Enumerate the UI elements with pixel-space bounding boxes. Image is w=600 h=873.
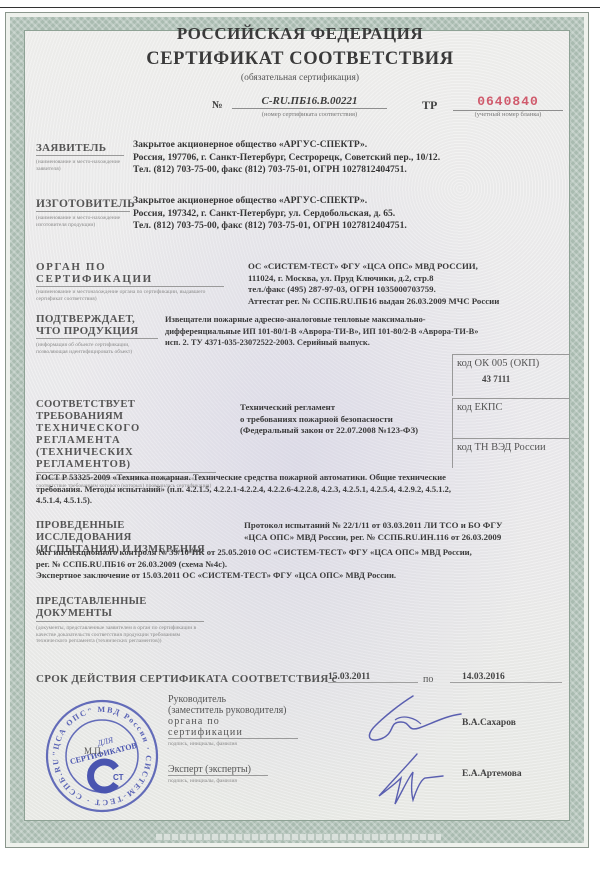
blank-number: 0640840 bbox=[453, 94, 563, 111]
svg-text:М.П.: М.П. bbox=[84, 746, 103, 756]
tp-label: ТР bbox=[422, 98, 437, 113]
okp-code-box: код ОК 005 (ОКП) 43 7111 bbox=[452, 354, 570, 396]
head-caption: подпись, инициалы, фамилия bbox=[168, 738, 298, 747]
manufacturer-line: Закрытое акционерное общество «АРГУС-СПЕ… bbox=[133, 195, 407, 208]
head-role-line: органа по сертификации bbox=[168, 716, 298, 738]
cert-body-details: ОС «СИСТЕМ-ТЕСТ» ФГУ «ЦСА ОПС» МВД РОССИ… bbox=[248, 261, 499, 307]
applicant-label: ЗАЯВИТЕЛЬ bbox=[36, 142, 124, 156]
gost-line: требования. Методы испытаний» (п.п. 4.2.… bbox=[36, 484, 566, 496]
tests-details: Протокол испытаний № 22/1/11 от 03.03.20… bbox=[244, 520, 502, 543]
tnved-code-box: код ТН ВЭД России bbox=[452, 438, 570, 468]
documents-label-block: ПРЕДСТАВЛЕННЫЕ ДОКУМЕНТЫ (документы, пре… bbox=[36, 596, 204, 645]
top-rule bbox=[0, 7, 600, 8]
validity-from: 15.03.2011 bbox=[328, 672, 418, 683]
tests-extra-line: Экспертное заключение от 15.03.2011 ОС «… bbox=[36, 570, 472, 582]
microprint-strip bbox=[156, 834, 441, 840]
product-line: исп. 2. ТУ 4371-035-23072522-2003. Серий… bbox=[165, 337, 478, 349]
certificate-number: C-RU.ПБ16.В.00221 bbox=[232, 95, 387, 109]
expert-caption: подпись, инициалы, фамилия bbox=[168, 775, 268, 784]
cert-body-caption: (наименование и местонахождение органа п… bbox=[36, 289, 224, 302]
head-role-line: (заместитель руководителя) bbox=[168, 705, 298, 716]
compliance-label-line: (ТЕХНИЧЕСКИХ РЕГЛАМЕНТОВ) bbox=[36, 447, 216, 473]
validity-to: 14.03.2016 bbox=[450, 672, 562, 683]
blank-number-caption: (учетный номер бланка) bbox=[453, 111, 563, 118]
product-details: Извещатели пожарные адресно-аналоговые т… bbox=[165, 314, 478, 349]
country-title: РОССИЙСКАЯ ФЕДЕРАЦИЯ bbox=[0, 24, 600, 44]
cert-body-line: тел./факс (495) 287-97-03, ОГРН 10350007… bbox=[248, 284, 499, 296]
product-caption: (информация об объекте сертификации, поз… bbox=[36, 342, 158, 355]
validity-label: СРОК ДЕЙСТВИЯ СЕРТИФИКАТА СООТВЕТСТВИЯ с bbox=[36, 673, 337, 685]
tests-line: Протокол испытаний № 22/1/11 от 03.03.20… bbox=[244, 520, 502, 532]
compliance-label-line: СООТВЕТСТВУЕТ ТРЕБОВАНИЯМ bbox=[36, 399, 216, 423]
certificate-number-caption: (номер сертификата соответствия) bbox=[232, 111, 387, 118]
compliance-details: Технический регламент о требованиях пожа… bbox=[240, 402, 418, 437]
okp-code-value: 43 7111 bbox=[457, 374, 570, 384]
certificate-title: СЕРТИФИКАТ СООТВЕТСТВИЯ bbox=[0, 49, 600, 70]
manufacturer-label-block: ИЗГОТОВИТЕЛЬ (наименование и место-нахож… bbox=[36, 198, 130, 228]
tnved-code-label: код ТН ВЭД России bbox=[457, 442, 570, 453]
tests-line: «ЦСА ОПС» МВД России, рег. № ССПБ.RU.ИН.… bbox=[244, 532, 502, 544]
manufacturer-line: Тел. (812) 703-75-00, факс (812) 703-75-… bbox=[133, 220, 407, 233]
ekps-code-box: код ЕКПС bbox=[452, 398, 570, 438]
gost-line: ГОСТ Р 53325-2009 «Техника пожарная. Тех… bbox=[36, 472, 566, 484]
compliance-line: о требованиях пожарной безопасности bbox=[240, 414, 418, 426]
svg-text:СТ: СТ bbox=[113, 773, 124, 782]
documents-label: ПРЕДСТАВЛЕННЫЕ ДОКУМЕНТЫ bbox=[36, 596, 204, 622]
applicant-caption: (наименование и место-нахождение заявите… bbox=[36, 159, 124, 172]
cert-body-line: Аттестат рег. № ССПБ.RU.ПБ16 выдан 26.03… bbox=[248, 296, 499, 308]
tests-extra-line: рег. № ССПБ.RU.ПБ16 от 26.03.2009 (схема… bbox=[36, 559, 472, 571]
cert-body-label: ОРГАН ПО СЕРТИФИКАЦИИ bbox=[36, 261, 224, 287]
expert-signature-icon bbox=[365, 750, 455, 810]
product-line: дифференциальные ИП 101-80/1-В «Аврора-Т… bbox=[165, 326, 478, 338]
product-label-block: ПОДТВЕРЖДАЕТ, ЧТО ПРОДУКЦИЯ (информация … bbox=[36, 313, 158, 355]
tests-extra-line: Акт инспекционного контроля № 39/10-ИК о… bbox=[36, 547, 472, 559]
head-signature-icon bbox=[355, 692, 475, 752]
applicant-line: Закрытое акционерное общество «АРГУС-СПЕ… bbox=[133, 139, 440, 152]
expert-name: Е.А.Артемова bbox=[462, 769, 522, 779]
product-label: ПОДТВЕРЖДАЕТ, ЧТО ПРОДУКЦИЯ bbox=[36, 313, 158, 339]
applicant-label-block: ЗАЯВИТЕЛЬ (наименование и место-нахожден… bbox=[36, 142, 124, 172]
number-sign: № bbox=[212, 100, 223, 111]
head-role-line: Руководитель bbox=[168, 694, 298, 705]
manufacturer-caption: (наименование и место-нахождение изготов… bbox=[36, 215, 130, 228]
manufacturer-label: ИЗГОТОВИТЕЛЬ bbox=[36, 198, 130, 212]
tests-extra-details: Акт инспекционного контроля № 39/10-ИК о… bbox=[36, 547, 472, 582]
certificate-subtitle: (обязательная сертификация) bbox=[0, 73, 600, 83]
cert-body-line: ОС «СИСТЕМ-ТЕСТ» ФГУ «ЦСА ОПС» МВД РОССИ… bbox=[248, 261, 499, 273]
manufacturer-details: Закрытое акционерное общество «АРГУС-СПЕ… bbox=[133, 195, 407, 233]
gost-line: 4.5.1.4, 4.5.1.5). bbox=[36, 495, 566, 507]
head-signature-block: Руководитель (заместитель руководителя) … bbox=[168, 694, 298, 747]
expert-role: Эксперт (эксперты) bbox=[168, 764, 268, 775]
applicant-line: Тел. (812) 703-75-00, факс (812) 703-75-… bbox=[133, 164, 440, 177]
tests-label-line: ПРОВЕДЕННЫЕ ИССЛЕДОВАНИЯ bbox=[36, 520, 216, 544]
validity-to-label: по bbox=[423, 674, 433, 685]
applicant-details: Закрытое акционерное общество «АРГУС-СПЕ… bbox=[133, 139, 440, 177]
documents-caption: (документы, представленные заявителем в … bbox=[36, 625, 204, 645]
manufacturer-line: Россия, 197342, г. Санкт-Петербург, ул. … bbox=[133, 208, 407, 221]
expert-signature-block: Эксперт (эксперты) подпись, инициалы, фа… bbox=[168, 764, 268, 784]
cert-body-line: 111024, г. Москва, ул. Пруд Ключики, д.2… bbox=[248, 273, 499, 285]
official-stamp-icon: "ЦСА ОПС" МВД России · СИСТЕМ-ТЕСТ · ССП… bbox=[44, 698, 160, 814]
ekps-code-label: код ЕКПС bbox=[457, 402, 570, 413]
compliance-line: (Федеральный закон от 22.07.2008 №123-ФЗ… bbox=[240, 425, 418, 437]
gost-reference: ГОСТ Р 53325-2009 «Техника пожарная. Тех… bbox=[36, 472, 566, 507]
compliance-line: Технический регламент bbox=[240, 402, 418, 414]
okp-code-label: код ОК 005 (ОКП) bbox=[457, 358, 570, 369]
compliance-label-line: ТЕХНИЧЕСКОГО РЕГЛАМЕНТА bbox=[36, 423, 216, 447]
applicant-line: Россия, 197706, г. Санкт-Петербург, Сест… bbox=[133, 152, 440, 165]
product-line: Извещатели пожарные адресно-аналоговые т… bbox=[165, 314, 478, 326]
cert-body-label-block: ОРГАН ПО СЕРТИФИКАЦИИ (наименование и ме… bbox=[36, 261, 224, 302]
